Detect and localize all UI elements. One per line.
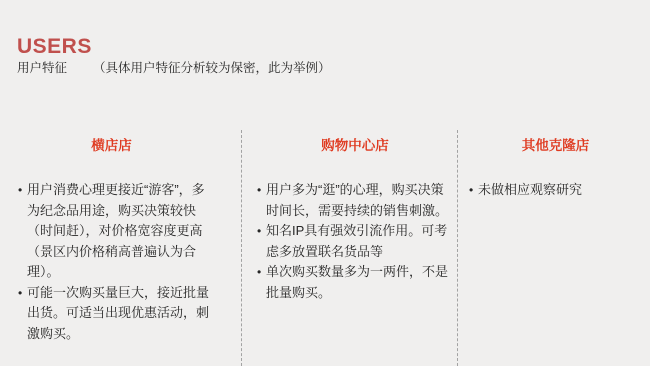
column-mall-store: 购物中心店 用户多为“逛”的心理，购买决策时间长，需要持续的销售刺激。 知名IP… <box>241 128 457 366</box>
column-header-mall: 购物中心店 <box>257 137 453 155</box>
column-other-clone-store: 其他克隆店 未做相应观察研究 <box>457 128 650 366</box>
dashed-divider-left <box>241 130 242 366</box>
bullet-list-hengdian: 用户消费心理更接近“游客”，多为纪念品用途，购买决策较快（时间赶），对价格宽容度… <box>18 180 215 344</box>
slide: USERS 用户特征 （具体用户特征分析较为保密，此为举例） 横店店 用户消费心… <box>0 0 650 366</box>
subtitle-note: （具体用户特征分析较为保密，此为举例） <box>93 58 331 76</box>
bullet-list-mall: 用户多为“逛”的心理，购买决策时间长，需要持续的销售刺激。 知名IP具有强效引流… <box>257 180 453 303</box>
dashed-divider-right <box>457 130 458 366</box>
page-subtitle: 用户特征 （具体用户特征分析较为保密，此为举例） <box>17 58 331 76</box>
bullet-item: 可能一次购买量巨大，接近批量出货。可适当出现优惠活动，刺激购买。 <box>18 283 215 345</box>
bullet-list-other-clone: 未做相应观察研究 <box>469 180 642 201</box>
column-hengdian-store: 横店店 用户消费心理更接近“游客”，多为纪念品用途，购买决策较快（时间赶），对价… <box>0 128 241 366</box>
bullet-item: 知名IP具有强效引流作用。可考虑多放置联名货品等 <box>257 221 453 262</box>
columns-row: 横店店 用户消费心理更接近“游客”，多为纪念品用途，购买决策较快（时间赶），对价… <box>0 128 650 366</box>
column-header-other-clone: 其他克隆店 <box>469 137 642 155</box>
bullet-item: 未做相应观察研究 <box>469 180 642 201</box>
page-title: USERS <box>17 35 92 59</box>
bullet-item: 用户多为“逛”的心理，购买决策时间长，需要持续的销售刺激。 <box>257 180 453 221</box>
bullet-item: 用户消费心理更接近“游客”，多为纪念品用途，购买决策较快（时间赶），对价格宽容度… <box>18 180 215 283</box>
subtitle-label: 用户特征 <box>17 58 67 76</box>
column-header-hengdian: 横店店 <box>18 137 215 155</box>
bullet-item: 单次购买数量多为一两件，不是批量购买。 <box>257 262 453 303</box>
